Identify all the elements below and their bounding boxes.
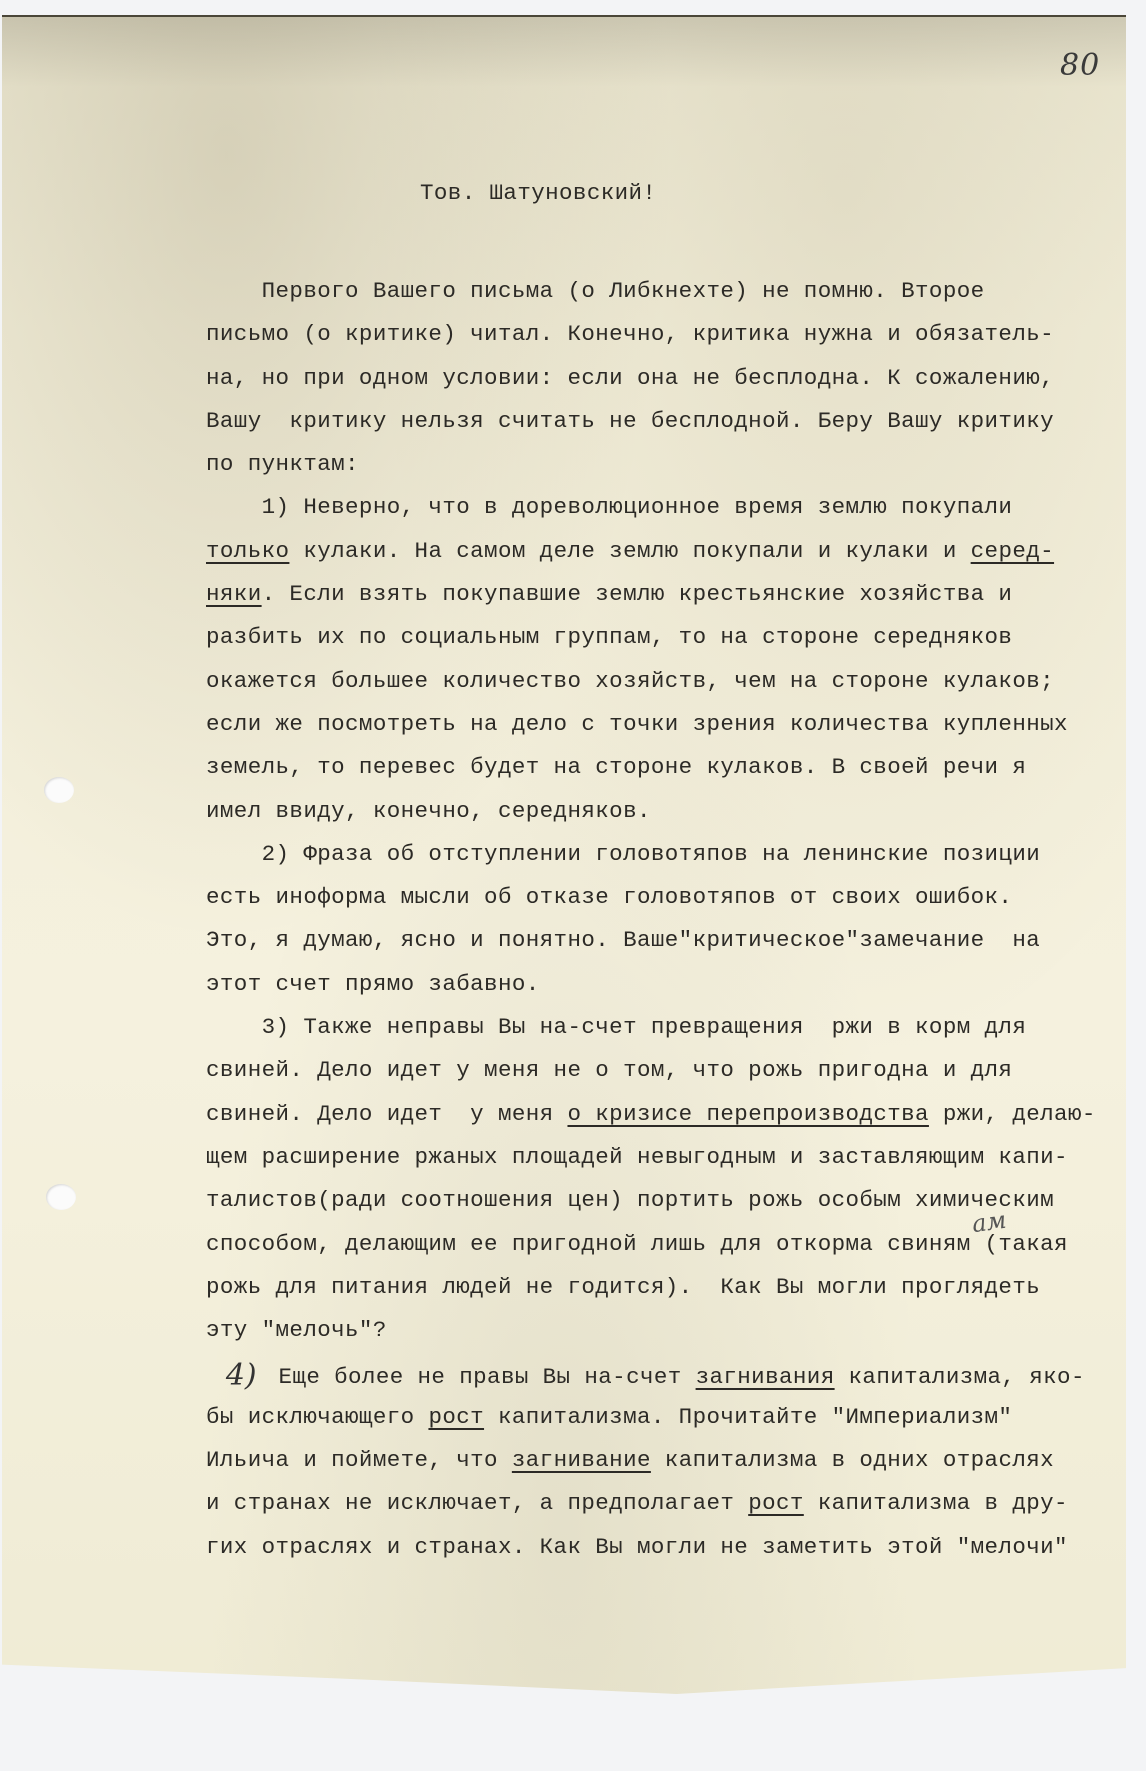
text-line: этот счет прямо забавно. <box>206 963 1096 1006</box>
text-line: Ильича и поймете, что загнивание капитал… <box>206 1439 1096 1482</box>
text-line: письмо (о критике) читал. Конечно, крити… <box>206 313 1096 356</box>
text-line: есть иноформа мысли об отказе головотяпо… <box>206 876 1096 919</box>
text-segment: свиней. Дело идет у меня <box>206 1101 567 1127</box>
handwritten-correction: ам <box>970 1206 1008 1238</box>
letter-body: Первого Вашего письма (о Либкнехте) не п… <box>206 270 1096 1569</box>
text-line: 3) Также неправы Вы на-счет превращения … <box>206 1006 1096 1049</box>
text-segment: Ильича и поймете, что <box>206 1447 512 1473</box>
text-line: талистов(ради соотношения цен) портить р… <box>206 1179 1096 1222</box>
text-line: если же посмотреть на дело с точки зрени… <box>206 703 1096 746</box>
text-line: 2) Фраза об отступлении головотяпов на л… <box>206 833 1096 876</box>
text-segment: 3) Также неправы Вы на-счет превращения … <box>206 1014 1026 1040</box>
text-segment: капитализма, яко- <box>835 1364 1085 1390</box>
text-segment: по пунктам: <box>206 451 359 477</box>
text-segment: рожь для питания людей не годится). Как … <box>206 1274 1040 1300</box>
text-segment: этот счет прямо забавно. <box>206 971 540 997</box>
text-segment: кулаки. На самом деле землю покупали и к… <box>289 538 970 564</box>
underlined-emphasis: серед- <box>971 538 1054 564</box>
punch-hole-lower <box>46 1184 76 1210</box>
text-segment: капитализма. Прочитайте "Империализм" <box>484 1404 1012 1430</box>
punch-hole-upper <box>44 777 74 803</box>
handwritten-page-number: 80 <box>1060 48 1100 83</box>
paper-fold-shadow <box>2 17 1126 87</box>
text-segment: если же посмотреть на дело с точки зрени… <box>206 711 1068 737</box>
salutation-heading: Тов. Шатуновский! <box>420 180 656 206</box>
text-line: и странах не исключает, а предполагает р… <box>206 1482 1096 1525</box>
text-line: Первого Вашего письма (о Либкнехте) не п… <box>206 270 1096 313</box>
text-segment: и странах не исключает, а предполагает <box>206 1490 748 1516</box>
text-line: рожь для питания людей не годится). Как … <box>206 1266 1096 1309</box>
text-segment: Это, я думаю, ясно и понятно. Ваше"крити… <box>206 927 1040 953</box>
text-line: няки. Если взять покупавшие землю кресть… <box>206 573 1096 616</box>
text-line: щем расширение ржаных площадей невыгодны… <box>206 1136 1096 1179</box>
text-segment: эту "мелочь"? <box>206 1317 387 1343</box>
text-line: только кулаки. На самом деле землю покуп… <box>206 530 1096 573</box>
text-line: разбить их по социальным группам, то на … <box>206 616 1096 659</box>
text-segment: разбить их по социальным группам, то на … <box>206 624 1012 650</box>
text-line: 1) Неверно, что в дореволюционное время … <box>206 486 1096 529</box>
text-line: гих отраслях и странах. Как Вы могли не … <box>206 1526 1096 1569</box>
underlined-emphasis: загнивание <box>512 1447 651 1473</box>
text-segment: имел ввиду, конечно, середняков. <box>206 798 651 824</box>
text-segment: щем расширение ржаных площадей невыгодны… <box>206 1144 1068 1170</box>
text-line: имел ввиду, конечно, середняков. <box>206 790 1096 833</box>
text-line: окажется большее количество хозяйств, че… <box>206 660 1096 703</box>
text-segment: 2) Фраза об отступлении головотяпов на л… <box>206 841 1040 867</box>
text-segment: бы исключающего <box>206 1404 428 1430</box>
text-segment: Вашу критику нельзя считать не бесплодно… <box>206 408 1054 434</box>
text-segment: свиней. Дело идет у меня не о том, что р… <box>206 1057 1012 1083</box>
underlined-emphasis: о кризисе перепроизводства <box>567 1101 928 1127</box>
underlined-emphasis: рост <box>428 1404 484 1430</box>
underlined-emphasis: рост <box>748 1490 804 1516</box>
text-line: бы исключающего рост капитализма. Прочит… <box>206 1396 1096 1439</box>
underlined-emphasis: загнивания <box>696 1364 835 1390</box>
text-segment: окажется большее количество хозяйств, че… <box>206 668 1054 694</box>
text-line: на, но при одном условии: если она не бе… <box>206 357 1096 400</box>
text-segment: Первого Вашего письма (о Либкнехте) не п… <box>206 278 985 304</box>
text-segment: на, но при одном условии: если она не бе… <box>206 365 1054 391</box>
text-segment: талистов(ради соотношения цен) портить р… <box>206 1187 1054 1213</box>
text-line: земель, то перевес будет на стороне кула… <box>206 746 1096 789</box>
text-segment: способом, делающим ее пригодной лишь для… <box>206 1231 1068 1257</box>
text-line: эту "мелочь"? <box>206 1309 1096 1352</box>
text-segment: есть иноформа мысли об отказе головотяпо… <box>206 884 1012 910</box>
text-line: Это, я думаю, ясно и понятно. Ваше"крити… <box>206 919 1096 962</box>
text-segment: письмо (о критике) читал. Конечно, крити… <box>206 321 1054 347</box>
underlined-emphasis: только <box>206 538 289 564</box>
text-line: способом, делающим ее пригодной лишь для… <box>206 1223 1096 1266</box>
text-segment: капитализма в дру- <box>804 1490 1068 1516</box>
text-line: 4) Еще более не правы Вы на-счет загнива… <box>206 1352 1096 1395</box>
handwritten-item-number: 4) <box>226 1358 257 1393</box>
text-line: свиней. Дело идет у меня о кризисе переп… <box>206 1093 1096 1136</box>
text-line: Вашу критику нельзя считать не бесплодно… <box>206 400 1096 443</box>
text-segment: гих отраслях и странах. Как Вы могли не … <box>206 1534 1068 1560</box>
text-segment: . Если взять покупавшие землю крестьянск… <box>262 581 1013 607</box>
text-segment: капитализма в одних отраслях <box>651 1447 1054 1473</box>
text-segment: ржи, делаю- <box>929 1101 1096 1127</box>
text-segment: Еще более не правы Вы на-счет <box>265 1364 696 1390</box>
text-segment: 1) Неверно, что в дореволюционное время … <box>206 494 1012 520</box>
text-line: свиней. Дело идет у меня не о том, что р… <box>206 1049 1096 1092</box>
underlined-emphasis: няки <box>206 581 262 607</box>
text-line: по пунктам: <box>206 443 1096 486</box>
text-segment: земель, то перевес будет на стороне кула… <box>206 754 1026 780</box>
